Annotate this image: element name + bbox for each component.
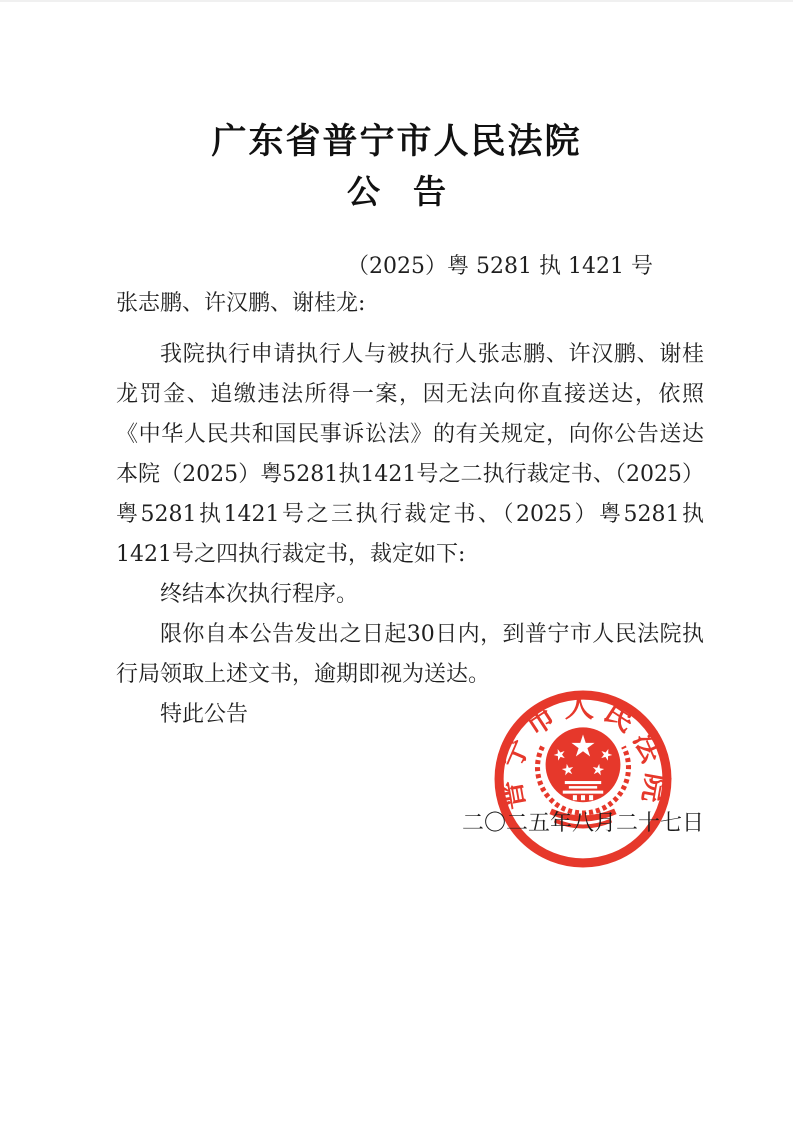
ruling-paragraph: 终结本次执行程序。 [116,575,704,615]
case-number: （2025）粤 5281 执 1421 号 [0,249,793,280]
document-type-title: 公 告 [0,166,793,213]
deadline-paragraph: 限你自本公告发出之日起30日内，到普宁市人民法院执行局领取上述文书，逾期即视为送… [116,615,704,695]
issue-date: 二〇二五年八月二十七日 [462,806,704,837]
body-paragraph: 我院执行申请执行人与被执行人张志鹏、许汉鹏、谢桂龙罚金、追缴违法所得一案，因无法… [116,335,704,575]
addressee-salutation: 张志鹏、许汉鹏、谢桂龙: [116,284,704,324]
notice-page: 广东省普宁市人民法院 公 告 （2025）粤 5281 执 1421 号 张志鹏… [0,0,793,1122]
court-seal: 普宁市人民法院 [492,688,674,870]
court-name-title: 广东省普宁市人民法院 [0,114,793,164]
notice-body: 张志鹏、许汉鹏、谢桂龙: 我院执行申请执行人与被执行人张志鹏、许汉鹏、谢桂龙罚金… [116,284,704,735]
